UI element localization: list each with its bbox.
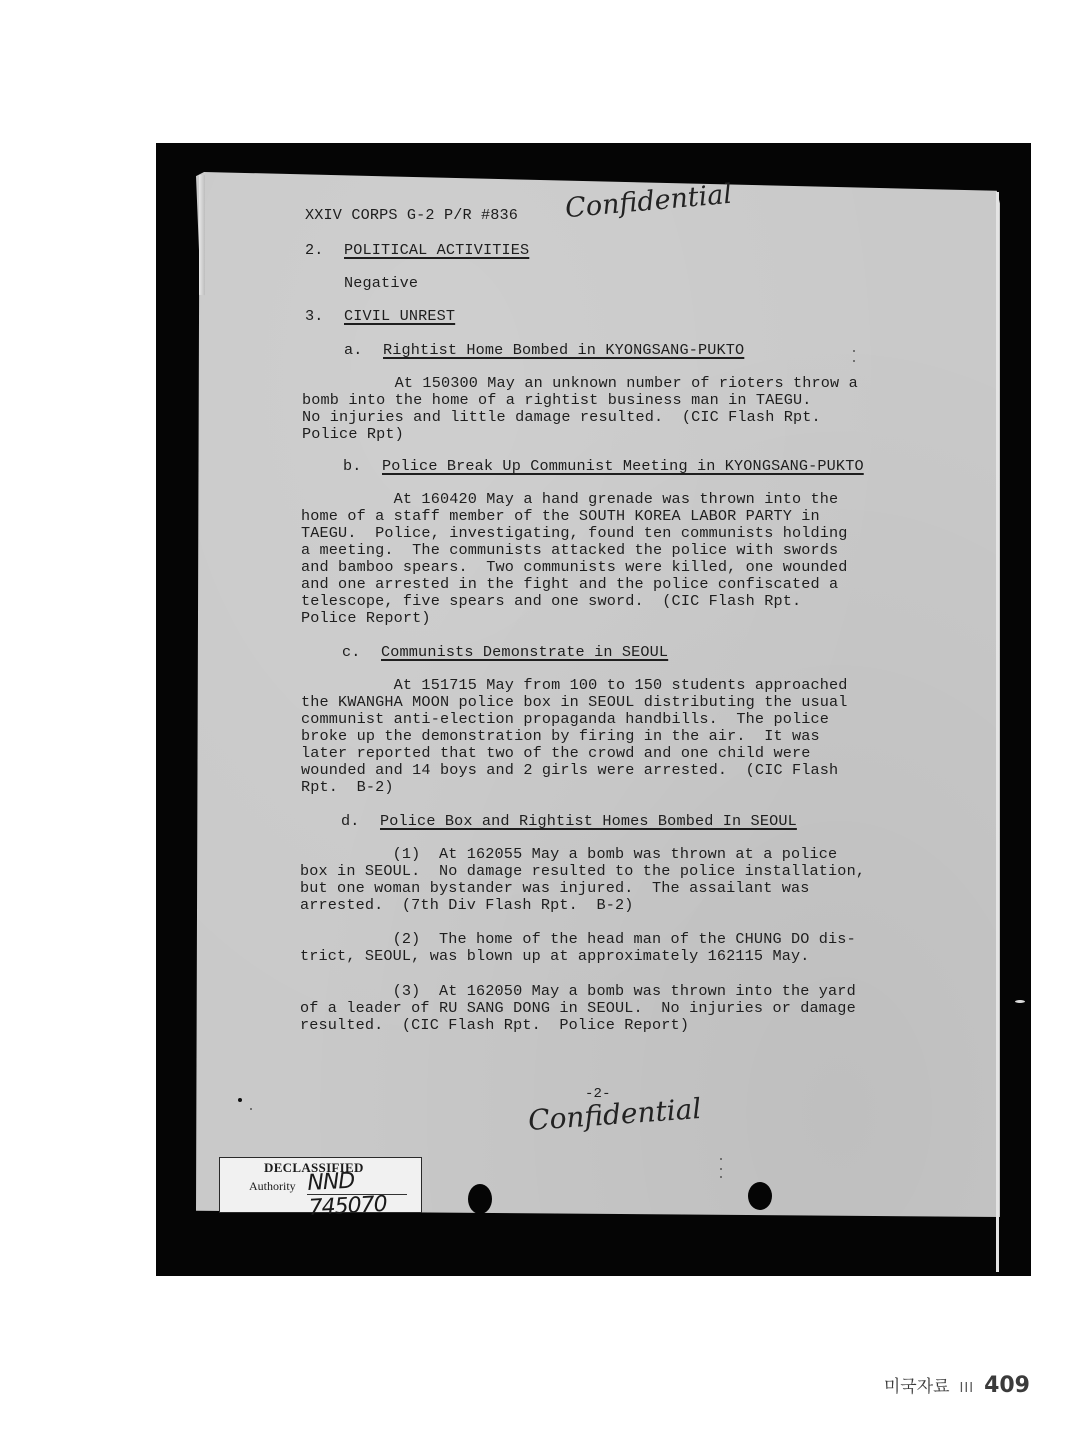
paper-right-edge [996, 192, 999, 1272]
declassified-stamp: DECLASSIFIED Authority NND 745070 [219, 1157, 422, 1213]
ink-speck [250, 1108, 252, 1110]
item-c-letter: c. [342, 644, 361, 661]
paper-folded-corner [199, 175, 205, 295]
section-2-heading: POLITICAL ACTIVITIES [344, 242, 529, 259]
item-c-heading: Communists Demonstrate in SEOUL [381, 644, 668, 661]
section-2-body: Negative [344, 275, 418, 292]
item-d2-line: trict, SEOUL, was blown up at approximat… [300, 948, 810, 965]
item-d1-line: box in SEOUL. No damage resulted to the … [300, 863, 865, 880]
section-3-heading: CIVIL UNREST [344, 308, 455, 325]
stamp-authority-value: NND 745070 [307, 1165, 422, 1221]
item-c-line: communist anti-election propaganda handb… [301, 711, 829, 728]
item-d-letter: d. [341, 813, 360, 830]
item-d1-line: but one woman bystander was injured. The… [300, 880, 810, 897]
item-c-line: Rpt. B-2) [301, 779, 394, 796]
stamp-underline [307, 1194, 407, 1195]
item-a-line: bomb into the home of a rightist busines… [302, 392, 812, 409]
ink-speck [853, 360, 855, 362]
item-b-line: TAEGU. Police, investigating, found ten … [301, 525, 848, 542]
item-b-line: a meeting. The communists attacked the p… [301, 542, 838, 559]
item-b-line: and bamboo spears. Two communists were k… [301, 559, 848, 576]
item-d3-line: (3) At 162050 May a bomb was thrown into… [300, 983, 856, 1000]
ink-speck [853, 350, 855, 352]
item-a-line: Police Rpt) [302, 426, 404, 443]
item-a-line: At 150300 May an unknown number of riote… [302, 375, 858, 392]
ink-speck [720, 1168, 722, 1170]
book-footer: 미국자료 III 409 [884, 1372, 1030, 1398]
stamp-authority-label: Authority [249, 1179, 296, 1194]
item-c-line: wounded and 14 boys and 2 girls were arr… [301, 762, 838, 779]
item-a-letter: a. [344, 342, 363, 359]
item-d3-line: resulted. (CIC Flash Rpt. Police Report) [300, 1017, 689, 1034]
item-b-letter: b. [343, 458, 362, 475]
punch-hole-right [748, 1182, 772, 1210]
item-d1-line: (1) At 162055 May a bomb was thrown at a… [300, 846, 837, 863]
book-page-number: 409 [984, 1373, 1030, 1398]
item-d3-line: of a leader of RU SANG DONG in SEOUL. No… [300, 1000, 856, 1017]
punch-hole-left [468, 1184, 492, 1214]
item-b-line: home of a staff member of the SOUTH KORE… [301, 508, 820, 525]
section-2-number: 2. [305, 242, 324, 259]
item-d2-line: (2) The home of the head man of the CHUN… [300, 931, 856, 948]
item-d1-line: arrested. (7th Div Flash Rpt. B-2) [300, 897, 634, 914]
ink-speck [720, 1176, 722, 1178]
report-header: XXIV CORPS G-2 P/R #836 [305, 207, 518, 224]
item-b-heading: Police Break Up Communist Meeting in KYO… [382, 458, 864, 475]
item-b-line: At 160420 May a hand grenade was thrown … [301, 491, 838, 508]
item-b-line: and one arrested in the fight and the po… [301, 576, 838, 593]
book-section-separator: III [960, 1381, 975, 1396]
item-b-line: telescope, five spears and one sword. (C… [301, 593, 801, 610]
item-a-heading: Rightist Home Bombed in KYONGSANG-PUKTO [383, 342, 744, 359]
paper-tear-mark [1015, 1000, 1025, 1003]
item-c-line: later reported that two of the crowd and… [301, 745, 811, 762]
item-c-line: broke up the demonstration by firing in … [301, 728, 820, 745]
ink-speck [720, 1158, 722, 1160]
item-d-heading: Police Box and Rightist Homes Bombed In … [380, 813, 797, 830]
ink-speck [238, 1098, 242, 1102]
section-3-number: 3. [305, 308, 324, 325]
book-section-label: 미국자료 [884, 1372, 950, 1397]
item-c-line: At 151715 May from 100 to 150 students a… [301, 677, 848, 694]
item-c-line: the KWANGHA MOON police box in SEOUL dis… [301, 694, 848, 711]
item-b-line: Police Report) [301, 610, 431, 627]
item-a-line: No injuries and little damage resulted. … [302, 409, 821, 426]
